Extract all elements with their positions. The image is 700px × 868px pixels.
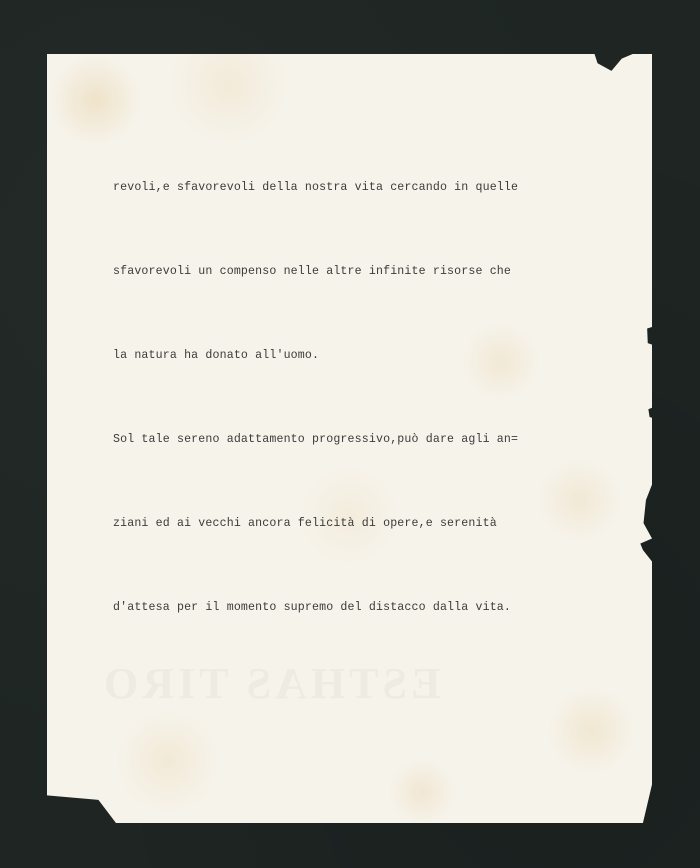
text-line: sfavorevoli un compenso nelle altre infi… bbox=[113, 258, 518, 286]
text-line: revoli,e sfavorevoli della nostra vita c… bbox=[113, 174, 518, 202]
text-line: ziani ed ai vecchi ancora felicità di op… bbox=[113, 510, 518, 538]
text-line: Sol tale sereno adattamento progressivo,… bbox=[113, 426, 518, 454]
text-line: la natura ha donato all'uomo. bbox=[113, 342, 518, 370]
text-line: d'attesa per il momento supremo del dist… bbox=[113, 594, 518, 622]
typewritten-text: revoli,e sfavorevoli della nostra vita c… bbox=[113, 118, 518, 650]
